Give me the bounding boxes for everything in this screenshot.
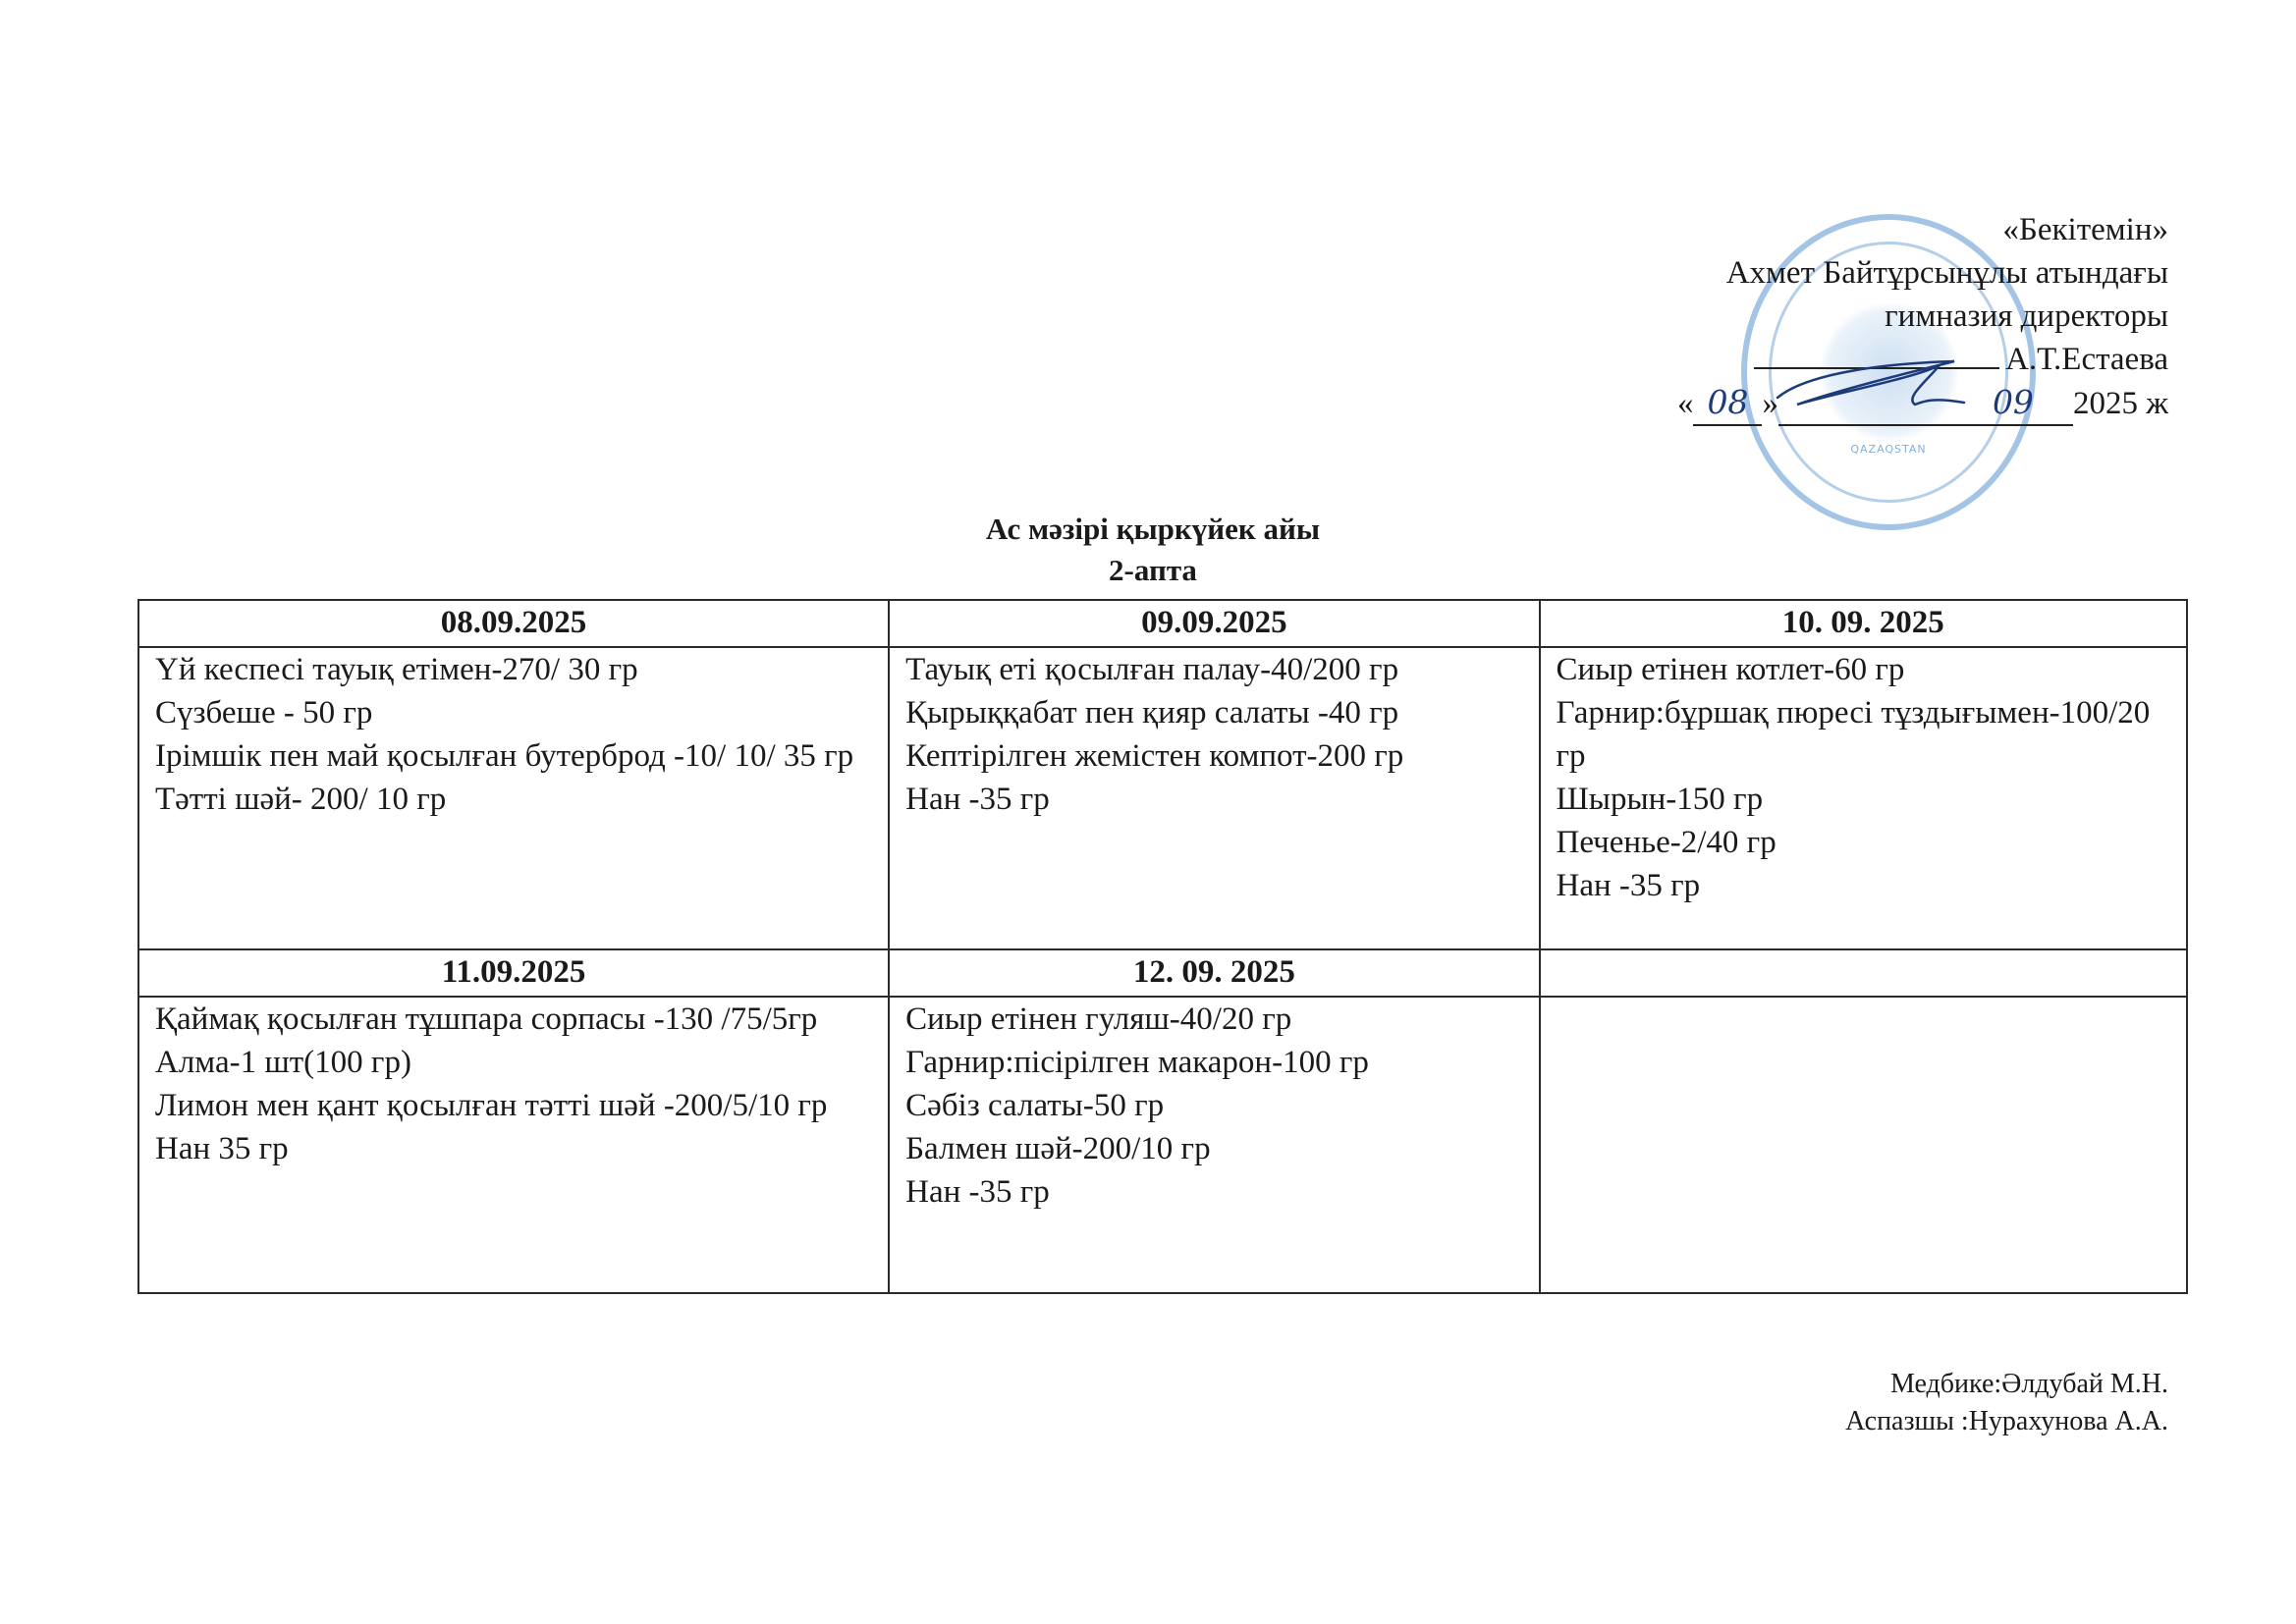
approval-line-2: гимназия директоры <box>1559 295 2168 338</box>
day-date <box>1540 949 2187 997</box>
stamp-text: QAZAQSTAN <box>1747 443 2030 456</box>
menu-item: Нан 35 гр <box>155 1127 872 1170</box>
day-menu-cell: Сиыр етінен гуляш-40/20 грГарнир:пісіріл… <box>889 997 1539 1293</box>
menu-item: Ірімшік пен май қосылған бутерброд -10/ … <box>155 734 872 778</box>
menu-item: Нан -35 гр <box>905 1170 1522 1214</box>
menu-item: Гарнир:бұршақ пюресі тұздығымен-100/20 г… <box>1557 691 2170 778</box>
menu-item: Печенье-2/40 гр <box>1557 821 2170 864</box>
menu-item: Қаймақ қосылған тұшпара сорпасы -130 /75… <box>155 998 872 1041</box>
menu-item: Алма-1 шт(100 гр) <box>155 1041 872 1084</box>
day-date: 09.09.2025 <box>889 600 1539 647</box>
date-header-row: 08.09.202509.09.202510. 09. 2025 <box>138 600 2187 647</box>
menu-item: Нан -35 гр <box>1557 864 2170 907</box>
day-date: 12. 09. 2025 <box>889 949 1539 997</box>
menu-item: Балмен шәй-200/10 гр <box>905 1127 1522 1170</box>
day-menu-cell: Қаймақ қосылған тұшпара сорпасы -130 /75… <box>138 997 889 1293</box>
menu-item: Шырын-150 гр <box>1557 778 2170 821</box>
document-title: Ас мәзірі қыркүйек айы 2-апта <box>0 509 2296 591</box>
date-header-row: 11.09.202512. 09. 2025 <box>138 949 2187 997</box>
menu-item: Лимон мен қант қосылған тәтті шәй -200/5… <box>155 1084 872 1127</box>
menu-item: Сүзбеше - 50 гр <box>155 691 872 734</box>
menu-items-row: Қаймақ қосылған тұшпара сорпасы -130 /75… <box>138 997 2187 1293</box>
menu-item: Нан -35 гр <box>905 778 1522 821</box>
signatory-name: А.Т.Естаева <box>2005 342 2168 377</box>
menu-item: Гарнир:пісірілген макарон-100 гр <box>905 1041 1522 1084</box>
menu-item: Сәбіз салаты-50 гр <box>905 1084 1522 1127</box>
date-open-quote: « <box>1677 386 1694 421</box>
day-menu-cell <box>1540 997 2187 1293</box>
menu-item: Сиыр етінен гуляш-40/20 гр <box>905 998 1522 1041</box>
menu-item: Кептірілген жемістен компот-200 гр <box>905 734 1522 778</box>
footer-signatures: Медбике:Әлдубай М.Н. Аспазшы :Нурахунова… <box>1845 1366 2168 1440</box>
menu-item: Тауық еті қосылған палау-40/200 гр <box>905 648 1522 691</box>
menu-items-row: Үй кеспесі тауық етімен-270/ 30 грСүзбеш… <box>138 647 2187 949</box>
nurse-name: Медбике:Әлдубай М.Н. <box>1845 1366 2168 1403</box>
day-menu-cell: Сиыр етінен котлет-60 грГарнир:бұршақ пю… <box>1540 647 2187 949</box>
approval-heading: «Бекітемін» <box>1559 208 2168 251</box>
menu-item: Үй кеспесі тауық етімен-270/ 30 гр <box>155 648 872 691</box>
day-menu-cell: Тауық еті қосылған палау-40/200 грҚырыққ… <box>889 647 1539 949</box>
signature-icon <box>1768 353 2003 412</box>
approval-line-1: Ахмет Байтұрсынұлы атындағы <box>1559 251 2168 295</box>
menu-table: 08.09.202509.09.202510. 09. 2025 Үй кесп… <box>137 599 2188 1294</box>
date-year: 2025 ж <box>2073 386 2168 421</box>
date-day-handwritten: 08 <box>1693 381 1762 426</box>
menu-item: Қырыққабат пен қияр салаты -40 гр <box>905 691 1522 734</box>
day-date: 10. 09. 2025 <box>1540 600 2187 647</box>
day-menu-cell: Үй кеспесі тауық етімен-270/ 30 грСүзбеш… <box>138 647 889 949</box>
day-date: 08.09.2025 <box>138 600 889 647</box>
day-date: 11.09.2025 <box>138 949 889 997</box>
menu-item: Сиыр етінен котлет-60 гр <box>1557 648 2170 691</box>
title-line-2: 2-апта <box>0 550 2296 591</box>
menu-item: Тәтті шәй- 200/ 10 гр <box>155 778 872 821</box>
cook-name: Аспазшы :Нурахунова А.А. <box>1845 1403 2168 1440</box>
